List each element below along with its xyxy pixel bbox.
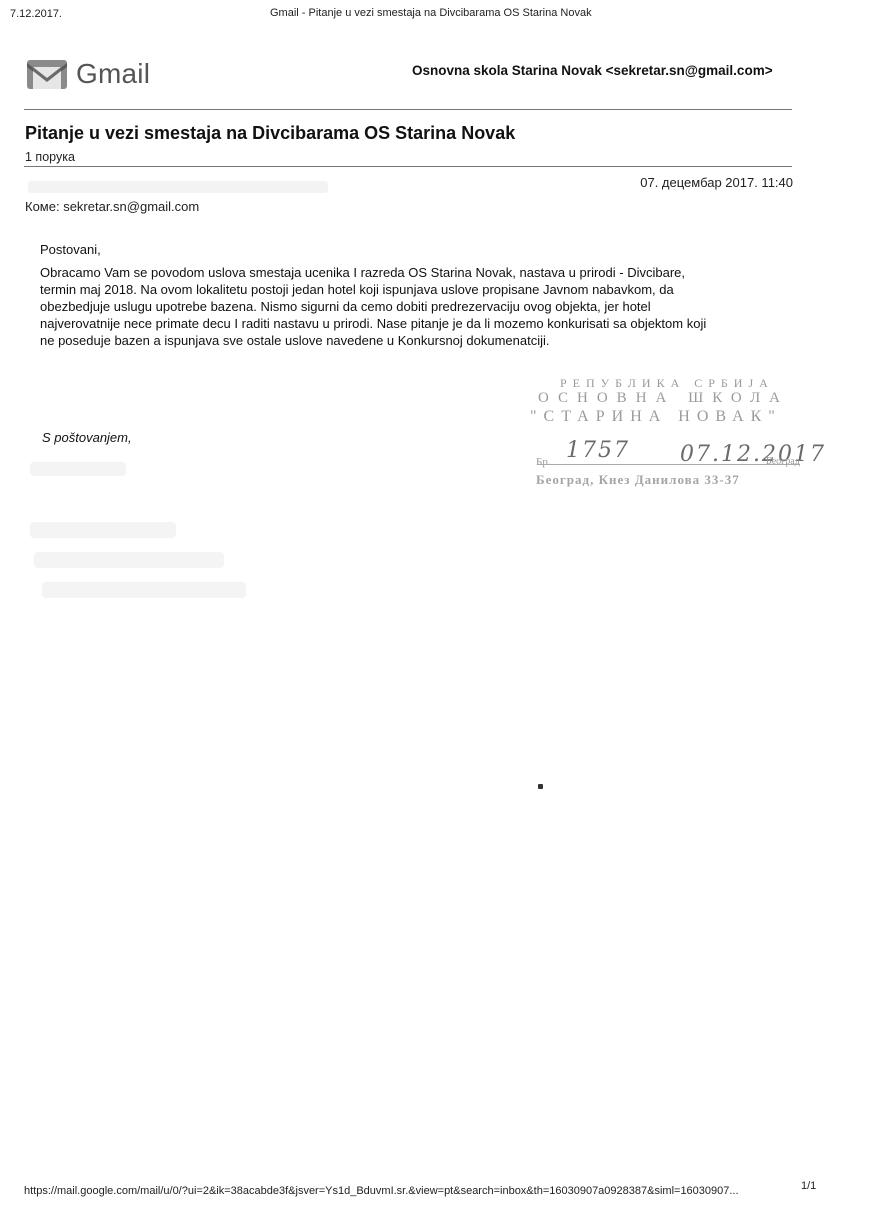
body-line: Obracamo Vam se povodom uslova smestaja … [40, 264, 785, 281]
message-greeting: Postovani, [40, 242, 101, 257]
sender-redacted [28, 181, 328, 193]
stamp-prefix: Бр. [536, 456, 551, 468]
print-page-number: 1/1 [801, 1180, 816, 1192]
stamp-line: ОСНОВНА ШКОЛА [538, 390, 789, 407]
signature-redacted [42, 582, 246, 598]
gmail-logo: Gmail [26, 58, 150, 90]
message-date: 07. децембар 2017. 11:40 [640, 175, 793, 190]
divider [24, 166, 792, 167]
body-line: ne poseduje bazen a ispunjava sve ostale… [40, 332, 785, 349]
print-date: 7.12.2017. [10, 8, 62, 20]
print-page-title: Gmail - Pitanje u vezi smestaja na Divci… [270, 7, 592, 19]
print-footer-url: https://mail.google.com/mail/u/0/?ui=2&i… [24, 1185, 739, 1197]
signature-redacted [30, 462, 126, 476]
body-line: obezbedjuje uslugu upotrebe bazena. Nism… [40, 298, 785, 315]
stamp-line: "СТАРИНА НОВАК" [530, 408, 782, 426]
gmail-envelope-icon [26, 58, 68, 90]
divider [24, 109, 792, 110]
scan-speck [538, 784, 543, 789]
recipient-line: Коме: sekretar.sn@gmail.com [25, 199, 199, 214]
stamp-line: РЕПУБЛИКА СРБИЈА [560, 376, 774, 391]
stamp-city: Београд [766, 456, 800, 467]
stamp-underline [538, 464, 800, 465]
body-line: najverovatnije nece primate decu I radit… [40, 315, 785, 332]
stamp-address: Београд, Кнез Данилова 33-37 [536, 472, 740, 488]
message-closing: S poštovanjem, [42, 430, 132, 445]
signature-redacted [30, 522, 176, 538]
account-label: Osnovna skola Starina Novak <sekretar.sn… [412, 63, 773, 78]
body-line: termin maj 2018. Na ovom lokalitetu post… [40, 281, 785, 298]
message-count: 1 порука [25, 150, 75, 164]
registry-stamp: РЕПУБЛИКА СРБИЈА ОСНОВНА ШКОЛА "СТАРИНА … [530, 372, 850, 502]
thread-subject: Pitanje u vezi smestaja na Divcibarama O… [25, 123, 515, 144]
signature-redacted [34, 552, 224, 568]
message-body: Obracamo Vam se povodom uslova smestaja … [40, 264, 785, 349]
stamp-number: 1757 [566, 438, 630, 463]
gmail-wordmark: Gmail [76, 58, 150, 90]
